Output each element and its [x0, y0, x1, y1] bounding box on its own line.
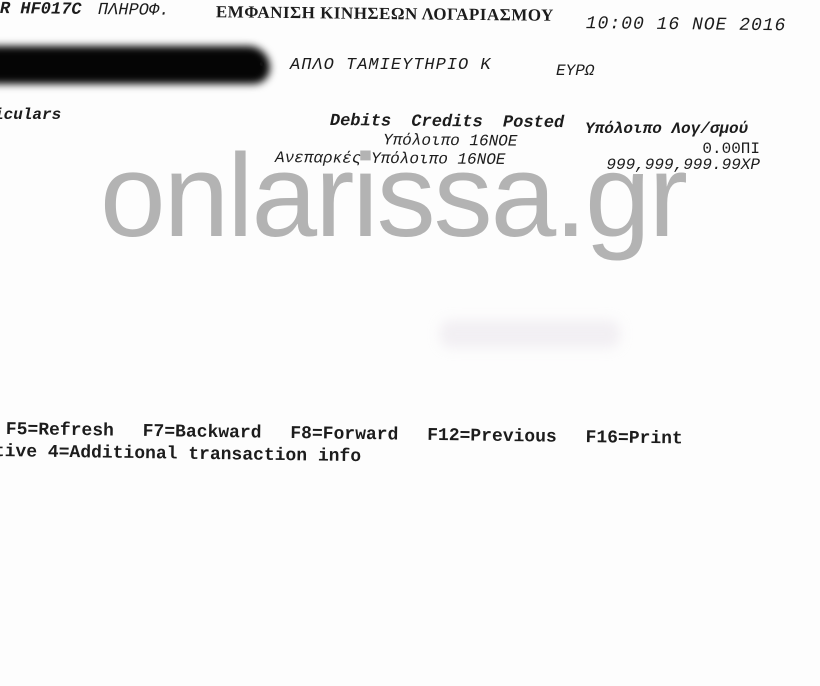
- column-balance: Υπόλοιπο Λογ/σμού: [585, 120, 748, 138]
- f8-forward-key[interactable]: F8=Forward: [290, 424, 398, 446]
- print-artifact: [440, 320, 620, 348]
- f16-print-key[interactable]: F16=Print: [585, 428, 682, 449]
- screen-title: ΕΜΦΑΝΙΣΗ ΚΙΝΗΣΕΩΝ ΛΟΓΑΡΙΑΣΜΟΥ: [216, 2, 554, 26]
- f7-backward-key[interactable]: F7=Backward: [143, 422, 262, 444]
- balance-row-label: Υπόλοιπο 16ΝΟΕ: [383, 131, 518, 150]
- screen-mode: ΠΛΗΡΟΦ.: [98, 1, 170, 21]
- options-line: tive 4=Additional transaction info: [0, 442, 361, 467]
- redaction-period: [260, 62, 264, 66]
- column-posted: Posted: [503, 114, 564, 134]
- redaction-bar: [0, 46, 270, 84]
- f12-previous-key[interactable]: F12=Previous: [427, 426, 557, 448]
- particulars-header: iculars: [0, 106, 61, 124]
- header-row: R HF017C ΠΛΗΡΟΦ. ΕΜΦΑΝΙΣΗ ΚΙΝΗΣΕΩΝ ΛΟΓΑΡ…: [0, 0, 820, 39]
- column-credits: Credits: [411, 113, 483, 133]
- datetime: 10:00 16 ΝΟΕ 2016: [586, 14, 787, 36]
- f5-refresh-key[interactable]: F5=Refresh: [6, 420, 114, 442]
- column-headers: Debits Credits Posted: [330, 112, 574, 133]
- account-type: ΑΠΛΟ ΤΑΜΙΕΥΤΗΡΙΟ Κ: [290, 56, 492, 75]
- insufficient-balance-label: Ανεπαρκές Υπόλοιπο 16ΝΟΕ: [275, 149, 506, 169]
- column-debits: Debits: [330, 112, 391, 132]
- program-id: R HF017C: [0, 0, 82, 20]
- insufficient-balance-value: 999,999,999.99ΧΡ: [598, 156, 760, 174]
- currency: ΕΥΡΩ: [556, 62, 594, 80]
